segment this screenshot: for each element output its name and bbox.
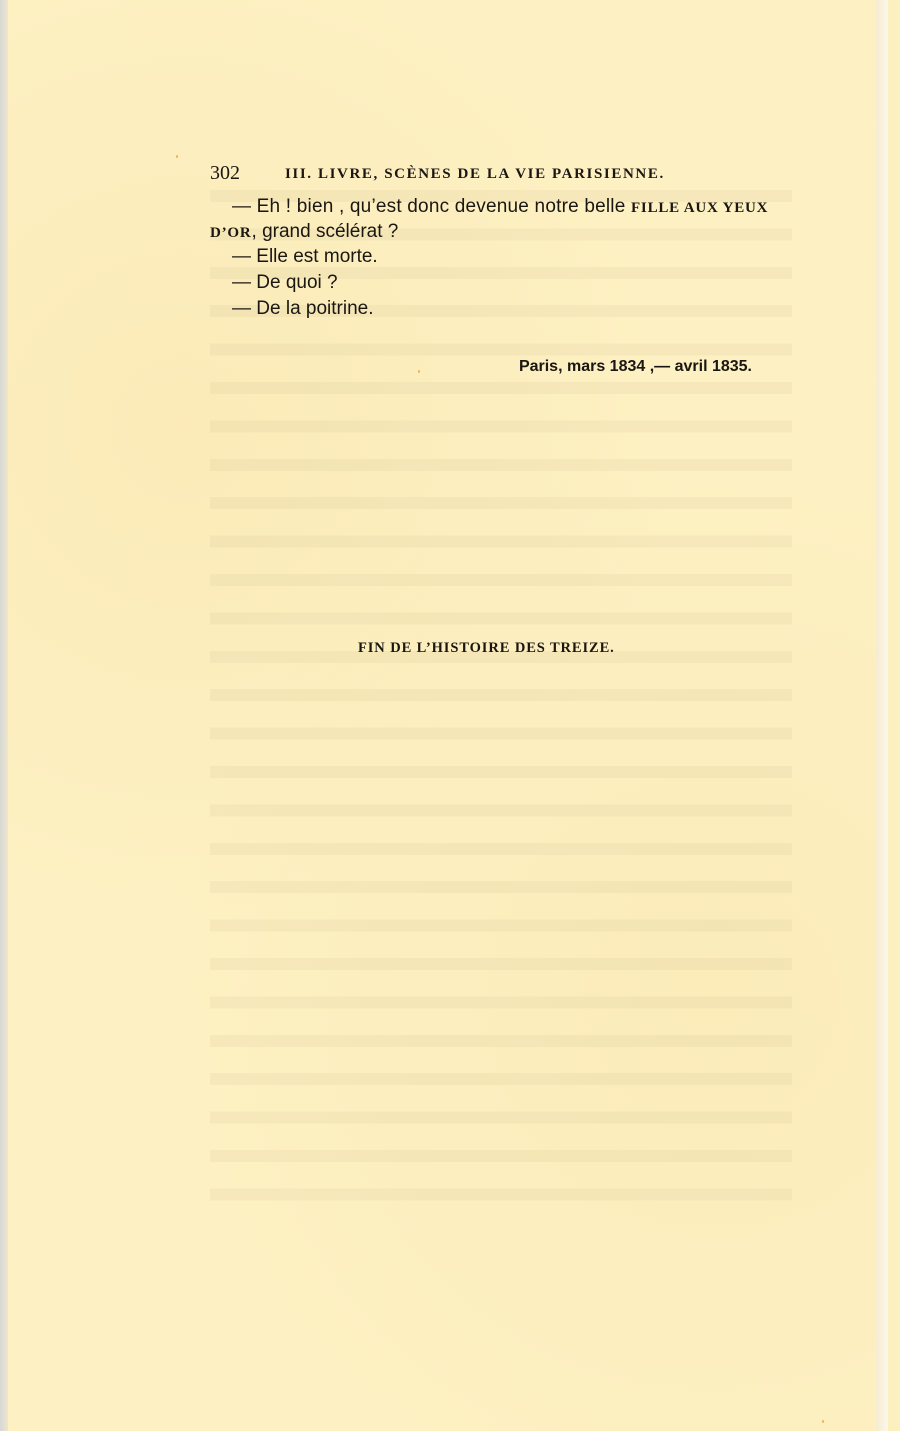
dialogue-line-2: D’OR, grand scélérat ? — [210, 221, 398, 243]
running-head: III. LIVRE, SCÈNES DE LA VIE PARISIENNE. — [285, 166, 665, 183]
dialogue-text: , grand scélérat ? — [252, 221, 399, 242]
page-right-edge — [876, 0, 888, 1431]
paper-speck — [176, 155, 178, 158]
dialogue-line-3: — Elle est morte. — [232, 246, 378, 268]
paper-speck — [822, 1420, 824, 1423]
dateline: Paris, mars 1834 ,— avril 1835. — [519, 358, 752, 376]
dialogue-line-1: — Eh ! bien , qu’est donc devenue notre … — [232, 196, 768, 218]
dialogue-line-4: — De quoi ? — [232, 272, 338, 294]
page-number: 302 — [210, 162, 240, 185]
small-caps-title: FILLE AUX YEUX — [631, 200, 768, 216]
dialogue-text: — Eh ! bien , qu’est donc devenue notre … — [232, 196, 631, 217]
page-left-edge — [0, 0, 8, 1431]
small-caps-title: D’OR — [210, 225, 252, 241]
dialogue-line-5: — De la poitrine. — [232, 298, 374, 320]
closing-line: FIN DE L’HISTOIRE DES TREIZE. — [358, 640, 615, 657]
paper-speck — [418, 370, 420, 373]
